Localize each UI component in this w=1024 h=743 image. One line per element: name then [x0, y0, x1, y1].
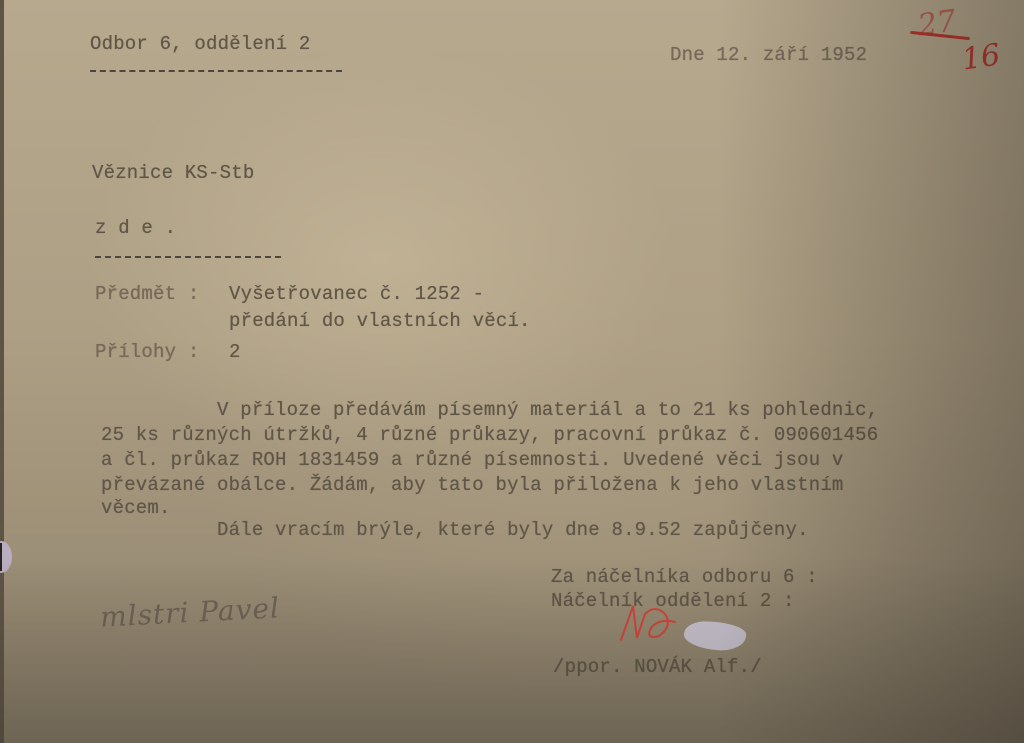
- folio-number: 16: [960, 38, 1003, 78]
- attachments-label: Přílohy :: [95, 341, 199, 363]
- recipient-name: Věznice KS-Stb: [92, 162, 254, 184]
- document-date: Dne 12. září 1952: [670, 44, 867, 66]
- subject-line-2: předání do vlastních věcí.: [229, 310, 531, 332]
- body-line: převázané obálce. Žádám, aby tato byla p…: [101, 474, 844, 496]
- page-edge: [0, 0, 4, 743]
- body-line: V příloze předávám písemný materiál a to…: [101, 399, 878, 421]
- pencil-annotation: mlstri Pavel: [99, 591, 280, 633]
- recipient-location: z d e .: [95, 217, 176, 239]
- subject-label: Předmět :: [95, 283, 199, 305]
- torn-paper-patch: [683, 620, 747, 652]
- body-line: věcem.: [101, 497, 171, 519]
- punch-hole: [0, 541, 12, 573]
- signatory-name: /ppor. NOVÁK Alf./: [553, 656, 762, 678]
- department-heading: Odbor 6, oddělení 2: [90, 33, 310, 55]
- heading-underline: [90, 70, 342, 72]
- document-page: Odbor 6, oddělení 2 Dne 12. září 1952 27…: [0, 0, 1024, 743]
- body-line: a čl. průkaz ROH 1831459 a různé písemno…: [101, 449, 844, 471]
- subject-line-1: Vyšetřovanec č. 1252 -: [229, 283, 484, 305]
- recipient-underline: [95, 256, 281, 258]
- signature-line-1: Za náčelníka odboru 6 :: [551, 566, 818, 588]
- body-line: Dále vracím brýle, které byly dne 8.9.52…: [101, 519, 809, 541]
- attachments-count: 2: [229, 341, 241, 363]
- body-line: 25 ks různých útržků, 4 různé průkazy, p…: [101, 424, 878, 446]
